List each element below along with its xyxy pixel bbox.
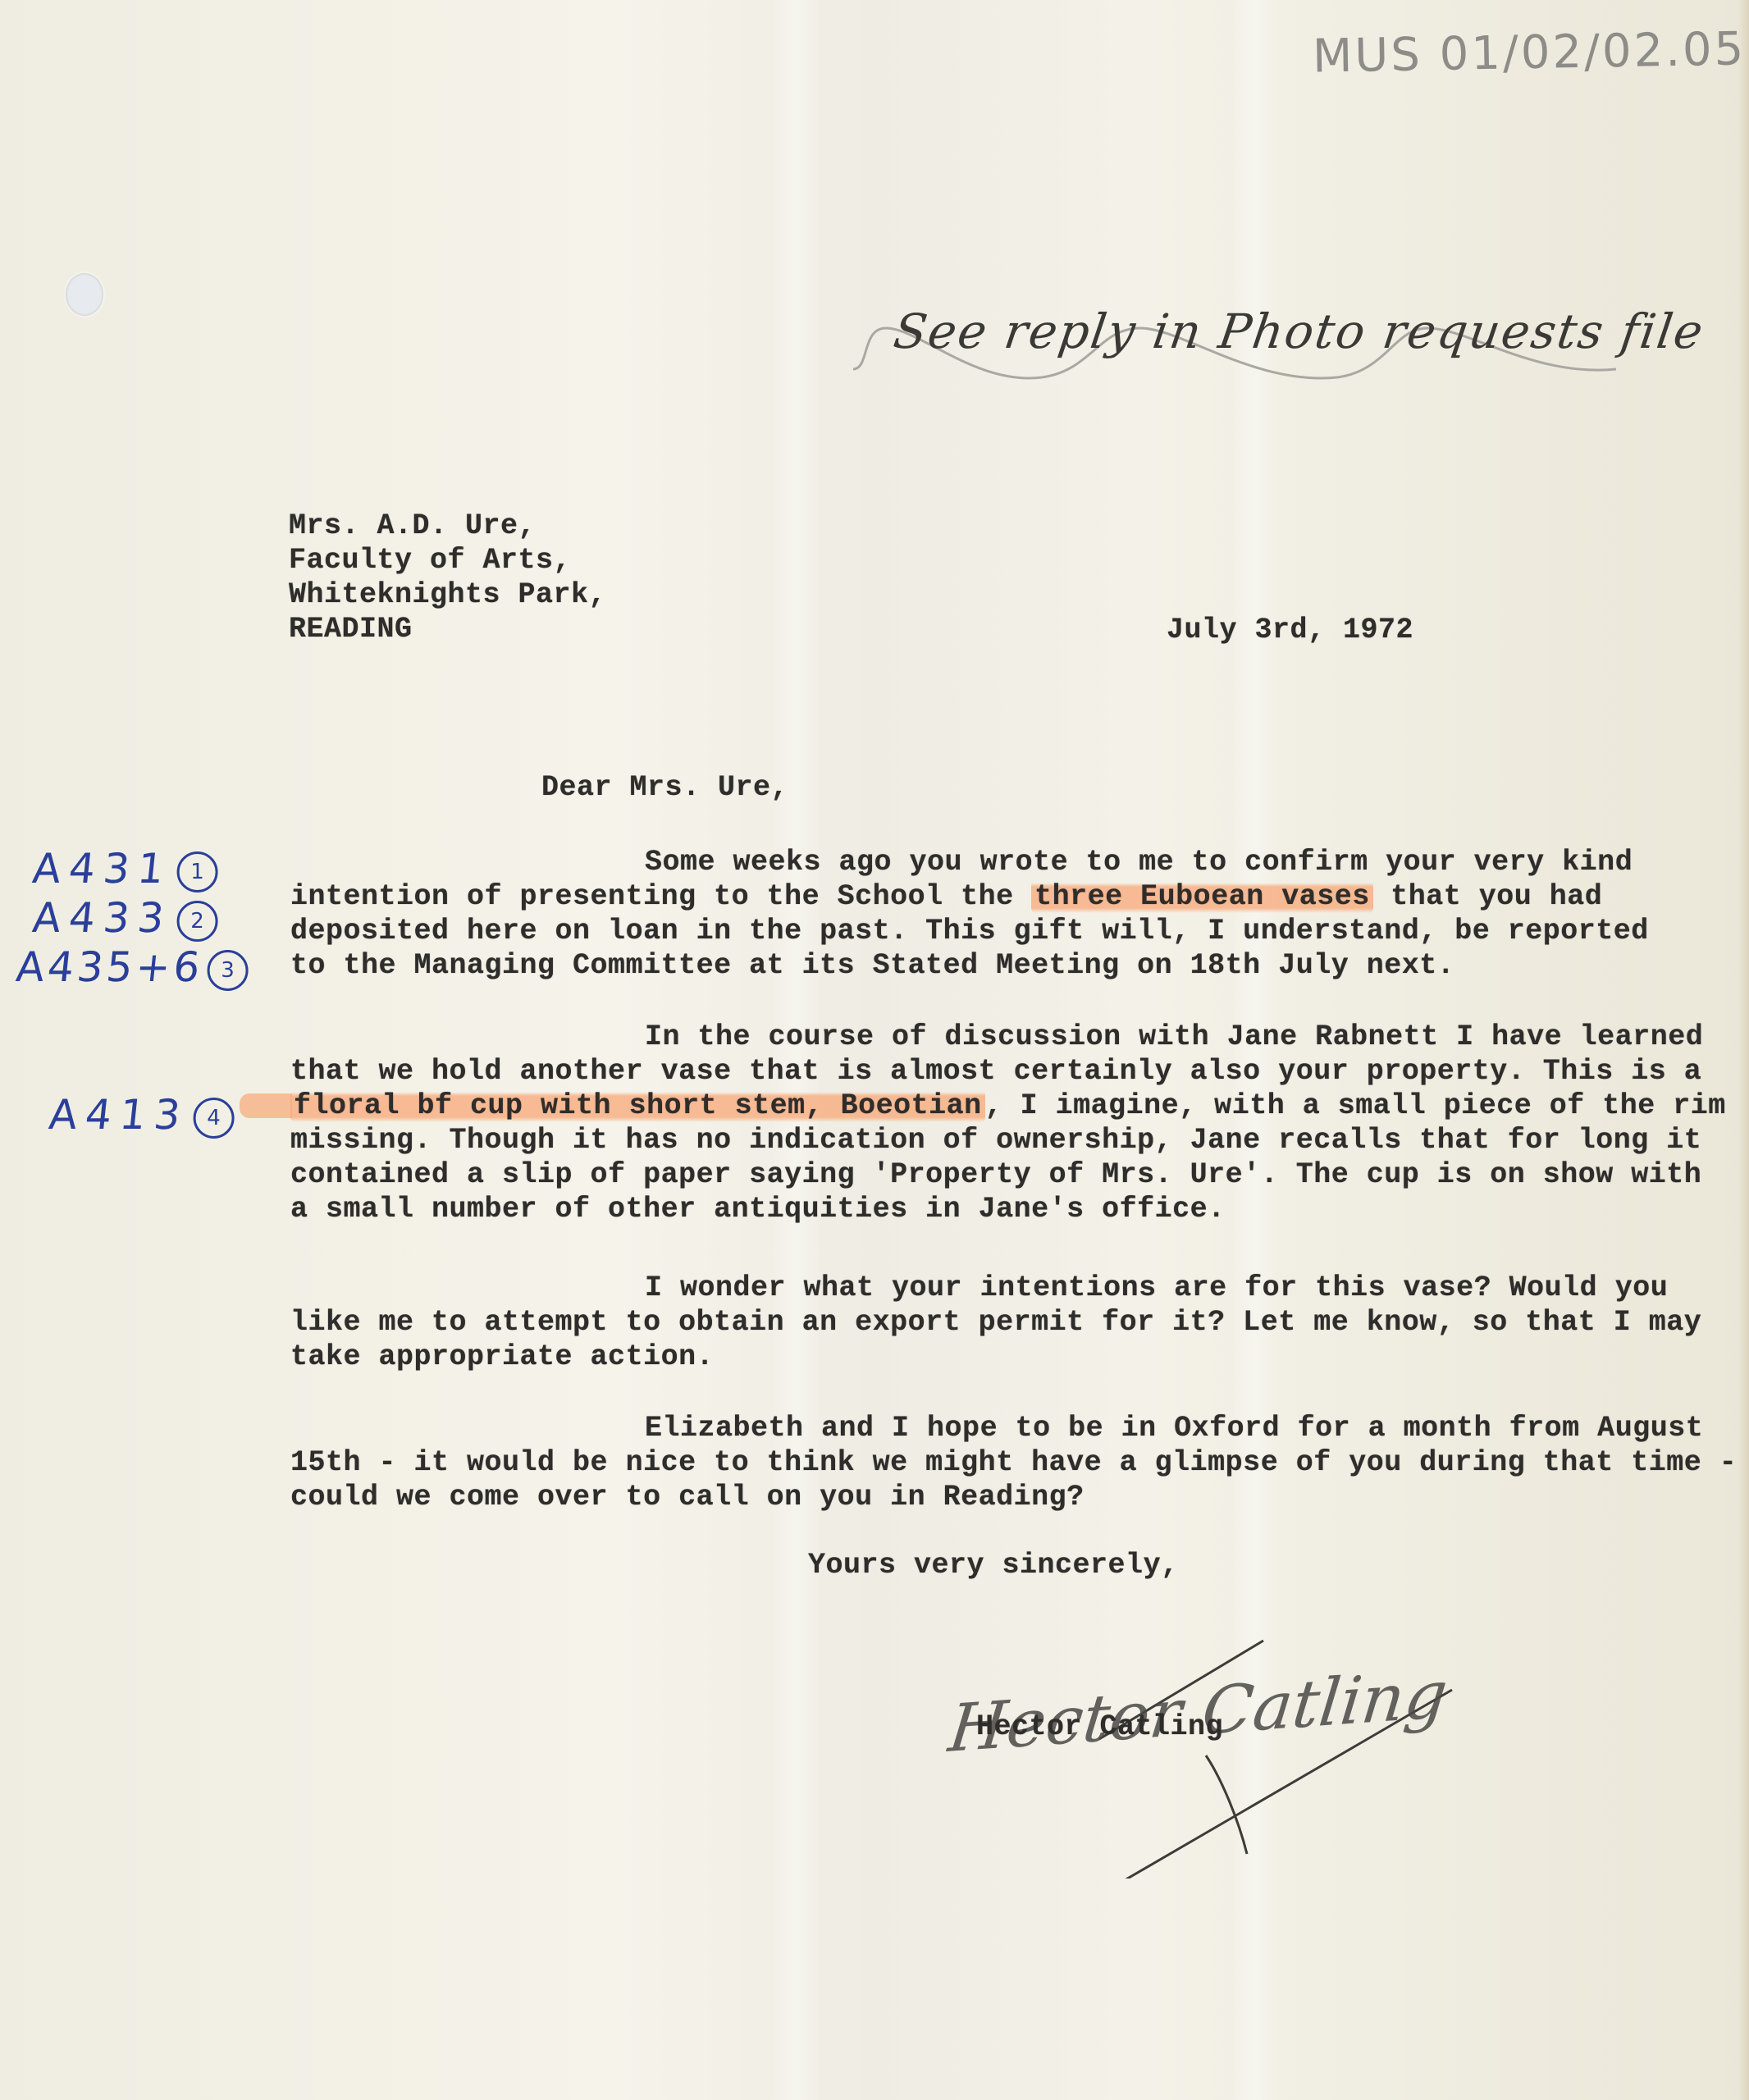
text-line: to the Managing Committee at its Stated … [290,948,1685,983]
letter-date: July 3rd, 1972 [1167,614,1413,646]
text-line: floral bf cup with short stem, Boeotian,… [290,1089,1685,1123]
circled-number-icon: 2 [176,901,217,942]
circled-number-icon: 4 [193,1098,234,1139]
catalogue-number: A435+6 [14,943,205,991]
margin-note: A435+63 [14,943,251,991]
pencil-note-text: See reply in Photo requests file [890,304,1708,359]
catalogue-number: A431 [30,845,175,892]
text-line: like me to attempt to obtain an export p… [290,1305,1685,1340]
archive-reference-number: MUS 01/02/02.05 [1312,22,1746,83]
margin-note: A4134 [47,1091,237,1139]
address-line: Mrs. A.D. Ure, [289,509,606,543]
paragraph-4: Elizabeth and I hope to be in Oxford for… [290,1411,1685,1514]
highlighted-text: floral bf cup with short stem, Boeotian [290,1089,985,1122]
text-line: could we come over to call on you in Rea… [290,1480,1685,1514]
address-line: Faculty of Arts, [289,543,606,577]
typed-signatory-name: Hector Catling [976,1710,1223,1743]
text-span: that you had [1373,880,1603,913]
text-span: , I imagine, with a small piece of the r… [985,1089,1726,1122]
text-line: intention of presenting to the School th… [290,879,1685,914]
highlighted-text: three Euboean vases [1031,880,1373,913]
text-line: Elizabeth and I hope to be in Oxford for… [290,1411,1685,1445]
text-line: Some weeks ago you wrote to me to confir… [290,845,1685,879]
highlight-stroke [240,1093,292,1118]
catalogue-number: A433 [30,894,175,942]
text-line: 15th - it would be nice to think we migh… [290,1445,1685,1480]
letter-page: MUS 01/02/02.05 See reply in Photo reque… [0,0,1749,2100]
text-line: missing. Though it has no indication of … [290,1123,1685,1157]
text-line: deposited here on loan in the past. This… [290,914,1685,948]
recipient-address: Mrs. A.D. Ure, Faculty of Arts, Whitekni… [289,509,606,646]
text-line: In the course of discussion with Jane Ra… [290,1020,1685,1054]
circled-number-icon: 1 [176,851,217,892]
text-line: contained a slip of paper saying 'Proper… [290,1157,1685,1192]
address-line: Whiteknights Park, [289,577,606,612]
closing: Yours very sincerely, [808,1549,1179,1582]
address-line: READING [289,612,606,646]
paper-edge [1738,0,1749,2100]
paragraph-3: I wonder what your intentions are for th… [290,1271,1685,1374]
salutation: Dear Mrs. Ure, [541,771,788,804]
text-line: I wonder what your intentions are for th… [290,1271,1685,1305]
punch-hole [66,273,103,316]
handwritten-signature: Hector Catling [935,1616,1460,1879]
paragraph-2: In the course of discussion with Jane Ra… [290,1020,1685,1226]
paragraph-1: Some weeks ago you wrote to me to confir… [290,845,1685,983]
text-span: intention of presenting to the School th… [290,880,1031,913]
pencil-annotation: See reply in Photo requests file [829,295,1698,410]
margin-note: A4311 [30,845,221,892]
text-line: that we hold another vase that is almost… [290,1054,1685,1089]
catalogue-number: A413 [47,1091,191,1139]
text-line: a small number of other antiquities in J… [290,1192,1685,1226]
margin-note: A4332 [30,894,221,942]
circled-number-icon: 3 [208,950,249,991]
text-line: take appropriate action. [290,1340,1685,1374]
